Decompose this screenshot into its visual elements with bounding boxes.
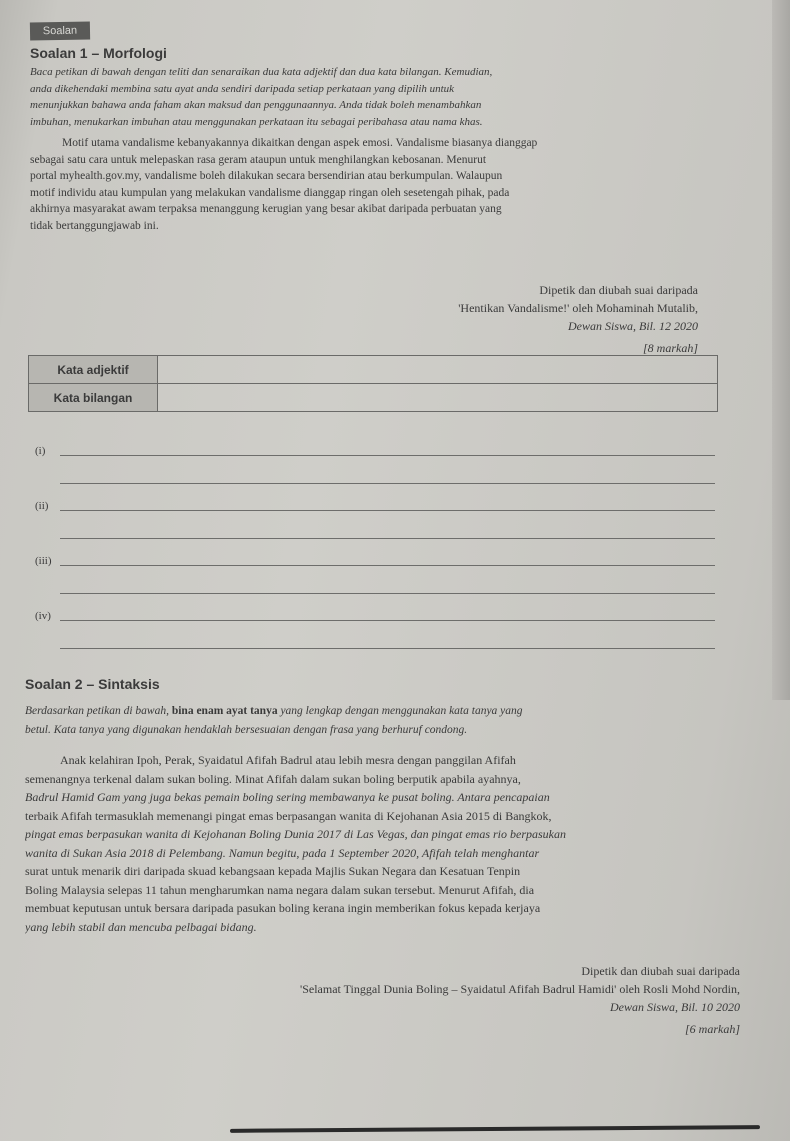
passage-line: yang lebih stabil dan mencuba pelbagai b…	[25, 918, 720, 937]
instruction-text: Berdasarkan petikan di bawah,	[25, 705, 172, 717]
q2-title: Soalan 2 – Sintaksis	[25, 676, 160, 692]
q2-instruction-line: betul. Kata tanya yang digunakan hendakl…	[25, 721, 715, 740]
passage-line: terbaik Afifah termasuklah memenangi pin…	[25, 807, 720, 826]
q2-instruction: Berdasarkan petikan di bawah, bina enam …	[25, 702, 715, 740]
adjective-answer-cell[interactable]	[158, 356, 718, 384]
source-line: 'Hentikan Vandalisme!' oleh Mohaminah Mu…	[458, 299, 698, 317]
passage-line: portal myhealth.gov.my, vandalisme boleh…	[30, 168, 720, 185]
number-answer-cell[interactable]	[158, 384, 718, 412]
q1-title: Soalan 1 – Morfologi	[30, 45, 167, 61]
passage-line: semenangnya terkenal dalam sukan boling.…	[25, 770, 720, 789]
source-line: Dipetik dan diubah suai daripada	[458, 281, 698, 299]
worksheet-page: Soalan Soalan 1 – Morfologi Baca petikan…	[0, 0, 790, 1141]
q2-source: Dipetik dan diubah suai daripada 'Selama…	[300, 962, 740, 1038]
source-line: Dewan Siswa, Bil. 10 2020	[300, 998, 740, 1016]
passage-line: akhirnya masyarakat awam terpaksa menang…	[30, 201, 720, 218]
q1-source: Dipetik dan diubah suai daripada 'Hentik…	[458, 281, 698, 357]
q2-passage: Anak kelahiran Ipoh, Perak, Syaidatul Af…	[25, 751, 720, 936]
q1-answer-table: Kata adjektif Kata bilangan	[28, 355, 718, 412]
passage-line: tidak bertanggungjawab ini.	[30, 218, 720, 235]
q1-passage: Motif utama vandalisme kebanyakannya dik…	[30, 135, 720, 234]
table-row: Kata adjektif	[29, 356, 718, 384]
q1-instruction-line: menunjukkan bahawa anda faham akan maksu…	[30, 97, 720, 114]
answer-line[interactable]	[60, 538, 715, 539]
answer-label: (i)	[35, 445, 45, 457]
section-badge: Soalan	[30, 21, 90, 40]
passage-line: Badrul Hamid Gam yang juga bekas pemain …	[25, 788, 720, 807]
answer-line[interactable]	[60, 593, 715, 594]
passage-line: Anak kelahiran Ipoh, Perak, Syaidatul Af…	[25, 751, 720, 770]
passage-line: sebagai satu cara untuk melepaskan rasa …	[30, 152, 720, 169]
passage-line: Motif utama vandalisme kebanyakannya dik…	[30, 135, 720, 152]
answer-label: (iii)	[35, 555, 52, 567]
instruction-text: yang lengkap dengan menggunakan kata tan…	[278, 705, 523, 717]
passage-line: wanita di Sukan Asia 2018 di Pelembang. …	[25, 844, 720, 863]
source-line: 'Selamat Tinggal Dunia Boling – Syaidatu…	[300, 980, 740, 998]
answer-line[interactable]	[60, 483, 715, 484]
answer-line[interactable]	[60, 648, 715, 649]
page-edge-line	[230, 1125, 760, 1133]
table-label: Kata bilangan	[29, 384, 158, 412]
source-line: Dipetik dan diubah suai daripada	[300, 962, 740, 980]
passage-line: membuat keputusan untuk bersara daripada…	[25, 899, 720, 918]
answer-label: (ii)	[35, 500, 48, 512]
q1-instruction: Baca petikan di bawah dengan teliti dan …	[30, 64, 720, 130]
table-row: Kata bilangan	[29, 384, 718, 412]
q1-instruction-line: anda dikehendaki membina satu ayat anda …	[30, 81, 720, 98]
passage-line: surat untuk menarik diri daripada skuad …	[25, 862, 720, 881]
answer-line[interactable]	[60, 455, 715, 456]
q1-instruction-line: Baca petikan di bawah dengan teliti dan …	[30, 64, 720, 81]
q2-marks: [6 markah]	[300, 1020, 740, 1038]
table-label: Kata adjektif	[29, 356, 158, 384]
passage-line: pingat emas berpasukan wanita di Kejohan…	[25, 825, 720, 844]
source-line: Dewan Siswa, Bil. 12 2020	[458, 317, 698, 335]
q1-instruction-line: imbuhan, menukarkan imbuhan atau menggun…	[30, 114, 720, 131]
passage-line: Boling Malaysia selepas 11 tahun menghar…	[25, 881, 720, 900]
answer-line[interactable]	[60, 565, 715, 566]
page-edge-shadow	[772, 0, 790, 700]
answer-line[interactable]	[60, 510, 715, 511]
answer-label: (iv)	[35, 610, 51, 622]
instruction-emphasis: bina enam ayat tanya	[172, 705, 278, 717]
passage-line: motif individu atau kumpulan yang melaku…	[30, 185, 720, 202]
answer-line[interactable]	[60, 620, 715, 621]
q2-instruction-line: Berdasarkan petikan di bawah, bina enam …	[25, 702, 715, 721]
